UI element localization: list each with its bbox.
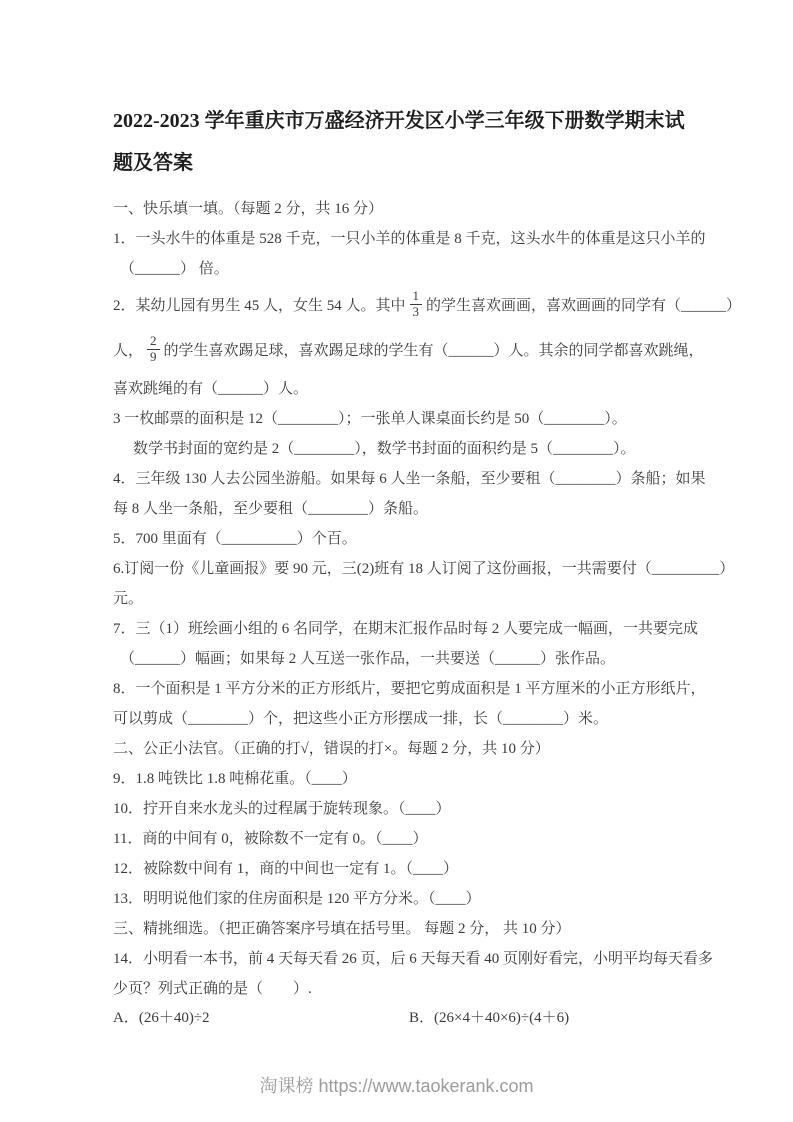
- question-14-line-1: 14．小明看一本书，前 4 天每天看 26 页，后 6 天每天看 40 页刚好看…: [113, 942, 691, 972]
- question-11: 11．商的中间有 0，被除数不一定有 0。（____）: [113, 822, 691, 852]
- question-2-text-a: 2．某幼儿园有男生 45 人，女生 54 人。其中: [113, 294, 406, 315]
- section-3-heading: 三、精挑细选。（把正确答案序号填在括号里。 每题 2 分， 共 10 分）: [113, 912, 691, 942]
- option-b: B．(26×4＋40×6)÷(4＋6): [409, 1006, 569, 1027]
- section-2-heading: 二、公正小法官。（正确的打√，错误的打×。每题 2 分，共 10 分）: [113, 732, 691, 762]
- question-6-line-2: 元。: [113, 582, 691, 612]
- watermark-footer: 淘课榜 https://www.taokerank.com: [0, 1072, 793, 1098]
- question-14-options: A．(26＋40)÷2 B．(26×4＋40×6)÷(4＋6): [113, 1002, 691, 1032]
- page-title: 2022-2023 学年重庆市万盛经济开发区小学三年级下册数学期末试题及答案: [113, 100, 691, 184]
- question-1-line-1: 1．一头水牛的体重是 528 千克，一只小羊的体重是 8 千克，这头水牛的体重是…: [113, 222, 691, 252]
- section-1-heading: 一、快乐填一填。（每题 2 分，共 16 分）: [113, 192, 691, 222]
- question-2-line-3: 喜欢跳绳的有（______）人。: [113, 372, 691, 402]
- question-3-line-1: 3 一枚邮票的面积是 12（________）；一张单人课桌面长约是 50（__…: [113, 402, 691, 432]
- question-4-line-2: 每 8 人坐一条船，至少要租（________）条船。: [113, 492, 691, 522]
- question-3-line-2: 数学书封面的宽约是 2（________），数学书封面的面积约是 5（_____…: [113, 432, 691, 462]
- question-6-line-1: 6.订阅一份《儿童画报》要 90 元，三(2)班有 18 人订阅了这份画报，一共…: [113, 552, 691, 582]
- fraction-two-ninths: 2 9: [147, 334, 160, 365]
- question-2-line-1: 2．某幼儿园有男生 45 人，女生 54 人。其中 1 3 的学生喜欢画画，喜欢…: [113, 282, 691, 327]
- question-8-line-1: 8．一个面积是 1 平方分米的正方形纸片，要把它剪成面积是 1 平方厘米的小正方…: [113, 672, 691, 702]
- question-14-line-2: 少页？列式正确的是（ ）.: [113, 972, 691, 1002]
- question-2-text-b: 的学生喜欢画画，喜欢画画的同学有（______）: [426, 294, 741, 315]
- question-10: 10．拧开自来水龙头的过程属于旋转现象。（____）: [113, 792, 691, 822]
- question-4-line-1: 4．三年级 130 人去公园坐游船。如果每 6 人坐一条船，至少要租（_____…: [113, 462, 691, 492]
- question-8-line-2: 可以剪成（________）个，把这些小正方形摆成一排，长（________）米…: [113, 702, 691, 732]
- option-a: A．(26＋40)÷2: [113, 1006, 210, 1027]
- question-2-text-c: 人，: [113, 339, 143, 360]
- question-9: 9．1.8 吨铁比 1.8 吨棉花重。（____）: [113, 762, 691, 792]
- fraction-denominator: 9: [147, 350, 160, 365]
- question-7-line-2: （______）幅画；如果每 2 人互送一张作品，一共要送（______）张作品…: [113, 642, 691, 672]
- question-1-line-2: （______） 倍。: [113, 252, 691, 282]
- fraction-one-third: 1 3: [410, 289, 423, 320]
- fraction-numerator: 2: [147, 334, 160, 350]
- exam-content: 2022-2023 学年重庆市万盛经济开发区小学三年级下册数学期末试题及答案 一…: [113, 100, 691, 1032]
- question-7-line-1: 7．三（1）班绘画小组的 6 名同学，在期末汇报作品时每 2 人要完成一幅画，一…: [113, 612, 691, 642]
- fraction-denominator: 3: [410, 305, 423, 320]
- question-2-line-2: 人， 2 9 的学生喜欢踢足球，喜欢踢足球的学生有（______）人。其余的同学…: [113, 327, 691, 372]
- question-13: 13．明明说他们家的住房面积是 120 平方分米。（____）: [113, 882, 691, 912]
- fraction-numerator: 1: [410, 289, 423, 305]
- question-5: 5．700 里面有（__________）个百。: [113, 522, 691, 552]
- exam-paper-page: 2022-2023 学年重庆市万盛经济开发区小学三年级下册数学期末试题及答案 一…: [0, 0, 793, 1122]
- question-2-text-d: 的学生喜欢踢足球，喜欢踢足球的学生有（______）人。其余的同学都喜欢跳绳，: [164, 339, 704, 360]
- question-12: 12．被除数中间有 1，商的中间也一定有 1。（____）: [113, 852, 691, 882]
